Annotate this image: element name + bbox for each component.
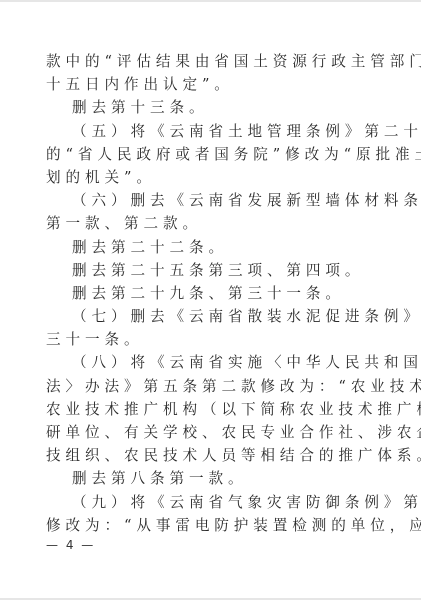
text-line: 农业技术推广机构（以下简称农业技术推广机构）与农业科 — [46, 398, 380, 421]
text-line: 删去第二十五条第三项、第四项。 — [46, 259, 380, 282]
text-line: 删去第二十九条、第三十一条。 — [46, 282, 380, 305]
text-line: 划的机关”。 — [46, 166, 380, 189]
page-top-edge — [0, 0, 421, 2]
text-line: 删去第十三条。 — [46, 96, 380, 119]
text-line: 法〉办法》第五条第二款修改为：“农业技术推广，实行国家 — [46, 375, 380, 398]
page-number: — 4 — — [46, 538, 95, 552]
text-line: 技组织、农民技术人员等相结合的推广体系。” — [46, 444, 380, 467]
text-line: （六）删去《云南省发展新型墙体材料条例》第十九条 — [46, 189, 380, 212]
text-line: 十五日内作出认定”。 — [46, 73, 380, 96]
text-line: 删去第八条第一款。 — [46, 467, 380, 490]
text-line: 研单位、有关学校、农民专业合作社、涉农企业、群众性科 — [46, 421, 380, 444]
text-line: 修改为：“从事雷电防护装置检测的单位，应当依法取得省级 — [46, 514, 380, 537]
text-line: （七）删去《云南省散装水泥促进条例》第十二条、第 — [46, 305, 380, 328]
document-page-body: 款中的“评估结果由省国土资源行政主管部门自受理之日起十五日内作出认定”。删去第十… — [46, 50, 380, 537]
text-line: 款中的“评估结果由省国土资源行政主管部门自受理之日起 — [46, 50, 380, 73]
text-line: （八）将《云南省实施〈中华人民共和国农业技术推广 — [46, 351, 380, 374]
text-line: （五）将《云南省土地管理条例》第二十一条第一款中 — [46, 120, 380, 143]
text-line: 删去第二十二条。 — [46, 236, 380, 259]
text-line: （九）将《云南省气象灾害防御条例》第十九条第一款 — [46, 491, 380, 514]
text-line: 第一款、第二款。 — [46, 212, 380, 235]
text-line: 三十一条。 — [46, 328, 380, 351]
text-line: 的“省人民政府或者国务院”修改为“原批准土地利用总体规 — [46, 143, 380, 166]
